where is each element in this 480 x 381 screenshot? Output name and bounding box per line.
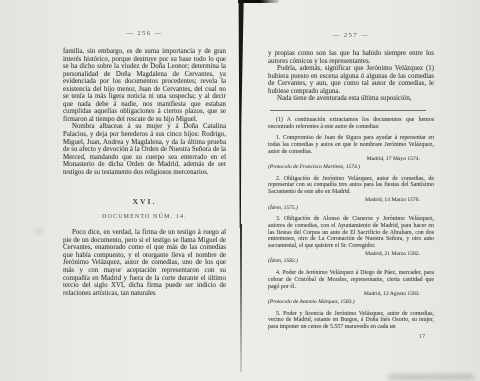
- footnote-entry-source: (Protocolo de Antonio Márquez, 1583.): [268, 299, 434, 306]
- footnote-divider: [270, 110, 426, 111]
- document-number-heading: DOCUMENTO NÚM. 14.: [63, 214, 226, 220]
- right-page: — 257 — y propias como son las que ha ha…: [268, 32, 434, 331]
- spine-shadow-wedge: [238, 0, 244, 228]
- footnote-entry-text: 3. Obligación de Alonso de Cisneros y Je…: [268, 216, 434, 250]
- footnote-entry-1: 1. Compromiso de Juan de Sigura para ayu…: [268, 135, 434, 171]
- footnote-entry-3: 3. Obligación de Alonso de Cisneros y Je…: [268, 216, 434, 265]
- left-page: — 256 — familia, sin embargo, es de suma…: [63, 30, 226, 297]
- footnote-entry-2: 2. Obligación de Jerónimo Velázquez, aut…: [268, 176, 434, 212]
- footnote-entry-source: (Protocolo de Francisco Martínez, 1574.): [268, 164, 434, 171]
- right-paragraph-1: y propias como son las que ha habido sie…: [268, 50, 434, 65]
- right-paragraph-2: Podría, además, significar que Jerónimo …: [268, 65, 434, 95]
- footnote-entry-dateline: Madrid, 21 Marzo 1582.: [268, 251, 434, 258]
- footnote-entry-text: 2. Obligación de Jerónimo Velázquez, aut…: [268, 176, 434, 196]
- footnote-entry-dateline: Madrid, 14 Marzo 1576.: [268, 197, 434, 204]
- scan-smudge-bottom-right: [388, 374, 474, 380]
- spine-shadow-thread: [240, 224, 242, 372]
- scanned-book-spread: — 256 — familia, sin embargo, es de suma…: [0, 0, 480, 381]
- footnote-entry-text: 1. Compromiso de Juan de Sigura para ayu…: [268, 135, 434, 155]
- left-page-number: — 256 —: [63, 30, 226, 37]
- footnote-entry-dateline: Madrid, 12 Agosto 1583.: [268, 291, 434, 298]
- left-paragraph-1: familia, sin embargo, es de suma importa…: [63, 48, 226, 123]
- section-heading: XVI.: [63, 197, 226, 206]
- left-paragraph-2: Nombra albaceas á su mujer y á Doña Cata…: [63, 123, 226, 176]
- right-page-number: — 257 —: [268, 32, 434, 39]
- footnote-entry-dateline: Madrid, 17 Mayo 1574.: [268, 156, 434, 163]
- footnote-intro: (1) A continuación extractamos los docum…: [268, 117, 434, 130]
- spine-shadow-top-bar: [238, 0, 279, 3]
- footnote-entry-source: (Ídem, 1582.): [268, 258, 434, 265]
- footnote-entry-5: 5. Poder y licencia de Jerónimo Velázque…: [268, 311, 434, 331]
- printer-signature-mark: 17: [419, 333, 425, 340]
- left-paragraph-3: Poco dice, en verdad, la firma de un tes…: [63, 229, 226, 297]
- scan-smudge-left-margin: [34, 228, 44, 234]
- footnote-entry-text: 4. Poder de Jerónimo Velázquez á Diego d…: [268, 270, 434, 290]
- footnote-entry-source: (Ídem, 1575.): [268, 205, 434, 212]
- footnote-entry-4: 4. Poder de Jerónimo Velázquez á Diego d…: [268, 270, 434, 306]
- footnote-entry-text: 5. Poder y licencia de Jerónimo Velázque…: [268, 311, 434, 331]
- right-paragraph-3: Nada tiene de aventurada esta última sup…: [268, 95, 434, 103]
